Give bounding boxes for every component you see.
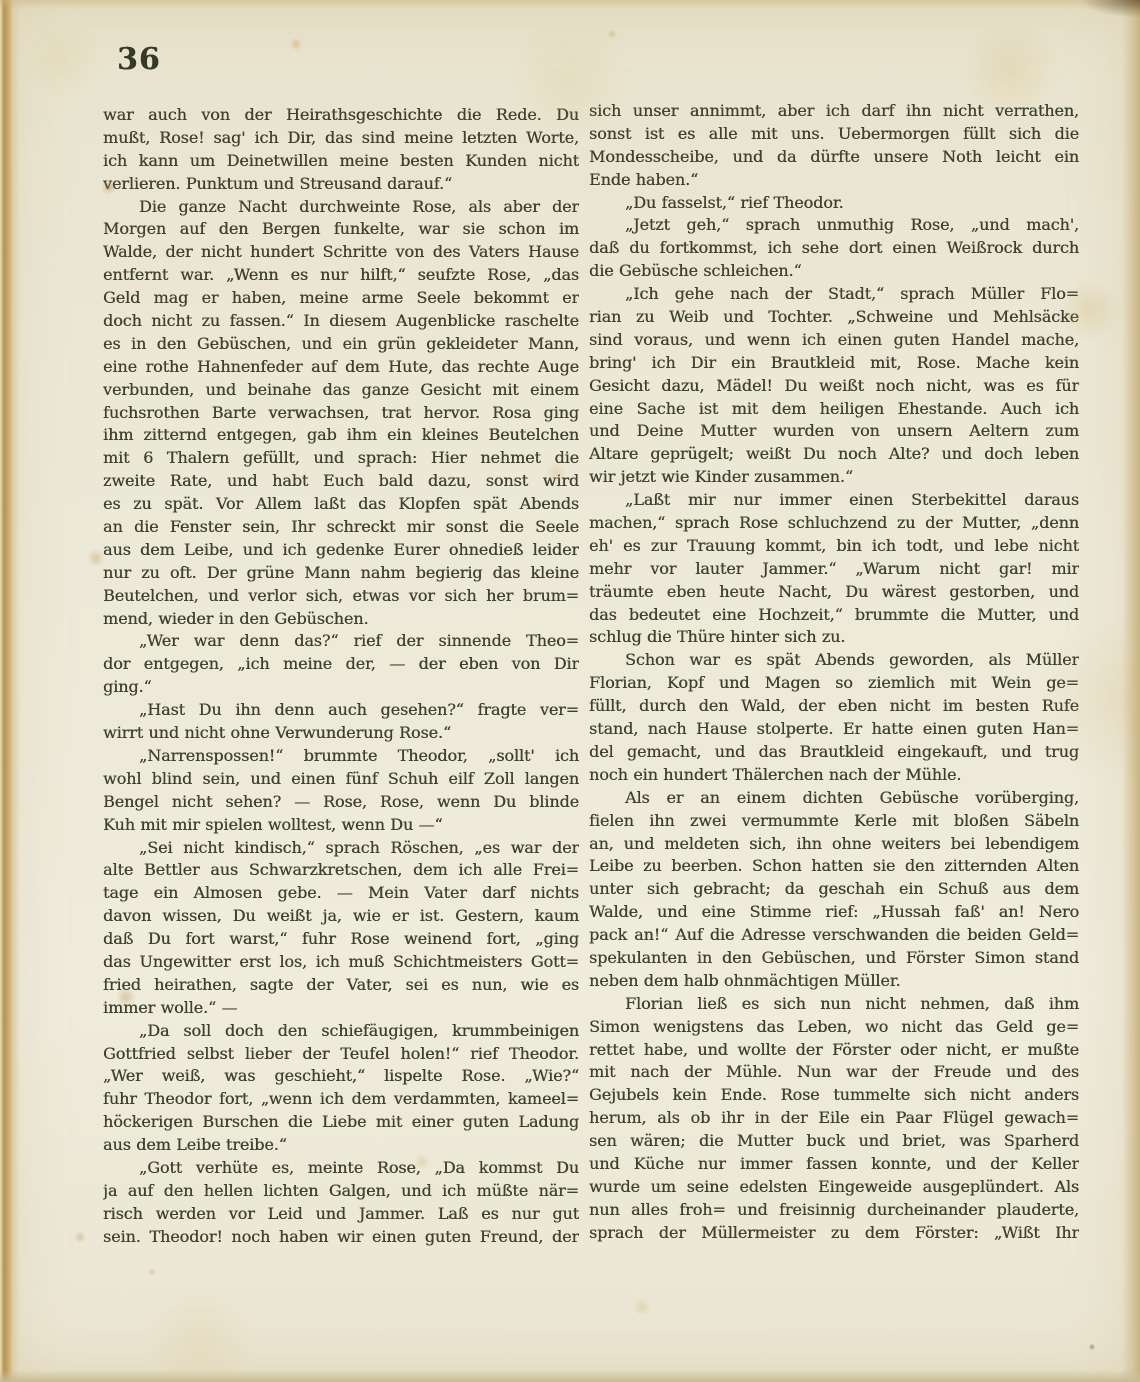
text-line: war auch von der Heirathsgeschichte die … bbox=[103, 104, 579, 127]
text-line: wirrt und nicht ohne Verwunderung Rose.“ bbox=[103, 722, 579, 745]
text-line: „Wer war denn das?“ rief der sinnende Th… bbox=[103, 630, 579, 653]
text-line: Bengel nicht sehen? — Rose, Rose, wenn D… bbox=[103, 791, 579, 814]
text-line: entfernt war. „Wenn es nur hilft,“ seufz… bbox=[103, 264, 579, 287]
text-line: sonst ist es alle mit uns. Uebermorgen f… bbox=[589, 123, 1079, 146]
text-line: füllt, durch den Wald, der eben nicht im… bbox=[589, 695, 1079, 718]
text-line: spekulanten in den Gebüschen, und Förste… bbox=[589, 947, 1079, 970]
book-page: 36 war auch von der Heirathsgeschichte d… bbox=[0, 0, 1140, 1382]
text-line: „Sei nicht kindisch,“ sprach Röschen, „e… bbox=[103, 837, 579, 860]
text-line: Beutelchen, und verlor sich, etwas vor s… bbox=[103, 585, 579, 608]
text-line: „Hast Du ihn denn auch gesehen?“ fragte … bbox=[103, 699, 579, 722]
text-line: risch werden vor Leid und Jammer. Laß es… bbox=[103, 1203, 579, 1226]
text-line: bring' ich Dir ein Brautkleid mit, Rose.… bbox=[589, 352, 1079, 375]
text-line: an die Fenster sein, Ihr schreckt mir so… bbox=[103, 516, 579, 539]
text-column-right: sich unser annimmt, aber ich darf ihn ni… bbox=[589, 100, 1079, 1245]
text-line: ich kann um Deinetwillen meine besten Ku… bbox=[103, 150, 579, 173]
text-line: mit 6 Thalern gefüllt, und sprach: Hier … bbox=[103, 447, 579, 470]
text-line: es zu spät. Vor Allem laßt das Klopfen s… bbox=[103, 493, 579, 516]
page-number: 36 bbox=[117, 42, 161, 77]
text-line: tage ein Almosen gebe. — Mein Vater darf… bbox=[103, 882, 579, 905]
text-line: aus dem Leibe, und ich gedenke Eurer ohn… bbox=[103, 539, 579, 562]
text-line: sind voraus, und wenn ich einen guten Ha… bbox=[589, 329, 1079, 352]
text-line: sen wären; die Mutter buck und briet, wa… bbox=[589, 1130, 1079, 1153]
text-column-left: war auch von der Heirathsgeschichte die … bbox=[103, 104, 579, 1249]
text-line: das bedeutet eine Hochzeit,“ brummte die… bbox=[589, 604, 1079, 627]
text-line: höckerigen Burschen die Liebe mit einer … bbox=[103, 1111, 579, 1134]
text-line: verbunden, und beinahe das ganze Gesicht… bbox=[103, 379, 579, 402]
text-line: nun alles froh= und freisinnig durcheina… bbox=[589, 1199, 1079, 1222]
page-corner-shadow bbox=[1080, 0, 1140, 18]
text-line: wir jetzt wie Kinder zusammen.“ bbox=[589, 466, 1079, 489]
text-line: fuchsrothen Barte verwachsen, trat hervo… bbox=[103, 402, 579, 425]
text-line: Walde, und eine Stimme rief: „Hussah faß… bbox=[589, 901, 1079, 924]
text-line: machen,“ sprach Rose schluchzend zu der … bbox=[589, 512, 1079, 535]
text-line: immer wolle.“ — bbox=[103, 997, 579, 1020]
text-line: stand, nach Hause stolperte. Er hatte ei… bbox=[589, 718, 1079, 741]
text-line: Leibe zu beerben. Schon hatten sie den z… bbox=[589, 855, 1079, 878]
text-line: dor entgegen, „ich meine der, — der eben… bbox=[103, 653, 579, 676]
text-line: „Wer weiß, was geschieht,“ lispelte Rose… bbox=[103, 1065, 579, 1088]
text-line: pack an!“ Auf die Adresse verschwanden d… bbox=[589, 924, 1079, 947]
text-line: mehr vor lauter Jammer.“ „Warum nicht ga… bbox=[589, 558, 1079, 581]
text-line: das Ungewitter erst los, ich muß Schicht… bbox=[103, 951, 579, 974]
text-line: Geld mag er haben, meine arme Seele beko… bbox=[103, 287, 579, 310]
text-line: Die ganze Nacht durchweinte Rose, als ab… bbox=[103, 196, 579, 219]
text-line: „Jetzt geh,“ sprach unmuthig Rose, „und … bbox=[589, 214, 1079, 237]
text-line: daß Du fort warst,“ fuhr Rose weinend fo… bbox=[103, 928, 579, 951]
text-line: del gemacht, und das Brautkleid eingekau… bbox=[589, 741, 1079, 764]
page-edge-top bbox=[0, 0, 1140, 9]
text-line: die Gebüsche schleichen.“ bbox=[589, 260, 1079, 283]
text-line: ging.“ bbox=[103, 676, 579, 699]
text-line: nur zu oft. Der grüne Mann nahm begierig… bbox=[103, 562, 579, 585]
text-line: noch ein hundert Thälerchen nach der Müh… bbox=[589, 764, 1079, 787]
text-line: ihm zitternd entgegen, gab ihm ein klein… bbox=[103, 424, 579, 447]
text-line: Florian, Kopf und Magen so ziemlich mit … bbox=[589, 672, 1079, 695]
text-line: fried heirathen, sagte der Vater, sei es… bbox=[103, 974, 579, 997]
page-edge-left bbox=[0, 0, 20, 1382]
text-line: eine Sache ist mit dem heiligen Ehestand… bbox=[589, 398, 1079, 421]
text-line: wurde um seine edelsten Eingeweide ausge… bbox=[589, 1176, 1079, 1199]
text-line: „Du fasselst,“ rief Theodor. bbox=[589, 192, 1079, 215]
text-line: fielen ihn zwei vermummte Kerle mit bloß… bbox=[589, 810, 1079, 833]
text-line: Florian ließ es sich nun nicht nehmen, d… bbox=[589, 993, 1079, 1016]
text-line: aus dem Leibe treibe.“ bbox=[103, 1134, 579, 1157]
text-line: und Deine Mutter wurden von unsern Aelte… bbox=[589, 420, 1079, 443]
text-line: „Ich gehe nach der Stadt,“ sprach Müller… bbox=[589, 283, 1079, 306]
text-line: alte Bettler aus Schwarzkretschen, dem i… bbox=[103, 859, 579, 882]
page-edge-right bbox=[1122, 0, 1140, 1382]
text-line: mend, wieder in den Gebüschen. bbox=[103, 608, 579, 631]
text-line: „Da soll doch den schiefäugigen, krummbe… bbox=[103, 1020, 579, 1043]
text-line: eine rothe Hahnenfeder auf dem Hute, das… bbox=[103, 356, 579, 379]
text-line: Schon war es spät Abends geworden, als M… bbox=[589, 649, 1079, 672]
text-line: daß du fortkommst, ich sehe dort einen W… bbox=[589, 237, 1079, 260]
text-line: herum, als ob ihr in der Eile ein Paar F… bbox=[589, 1107, 1079, 1130]
text-line: rian zu Weib und Tochter. „Schweine und … bbox=[589, 306, 1079, 329]
text-line: rettet habe, und wollte der Förster oder… bbox=[589, 1039, 1079, 1062]
text-line: Gottfried selbst lieber der Teufel holen… bbox=[103, 1043, 579, 1066]
text-line: eh' es zur Trauung kommt, bin ich todt, … bbox=[589, 535, 1079, 558]
text-line: schlug die Thüre hinter sich zu. bbox=[589, 626, 1079, 649]
text-line: es in den Gebüschen, und ein grün geklei… bbox=[103, 333, 579, 356]
text-line: Walde, der nicht hundert Schritte von de… bbox=[103, 241, 579, 264]
text-line: Gesicht dazu, Mädel! Du weißt noch nicht… bbox=[589, 375, 1079, 398]
text-line: an, und meldeten sich, ihn ohne weiters … bbox=[589, 833, 1079, 856]
text-line: Altare geprügelt; weißt Du noch Alte? un… bbox=[589, 443, 1079, 466]
text-line: „Narrenspossen!“ brummte Theodor, „sollt… bbox=[103, 745, 579, 768]
text-line: Kuh mit mir spielen wolltest, wenn Du —“ bbox=[103, 814, 579, 837]
text-line: Als er an einem dichten Gebüsche vorüber… bbox=[589, 787, 1079, 810]
text-line: verlieren. Punktum und Streusand darauf.… bbox=[103, 173, 579, 196]
text-line: ja auf den hellen lichten Galgen, und ic… bbox=[103, 1180, 579, 1203]
text-line: „Laßt mir nur immer einen Sterbekittel d… bbox=[589, 489, 1079, 512]
text-line: sich unser annimmt, aber ich darf ihn ni… bbox=[589, 100, 1079, 123]
text-line: neben dem halb ohnmächtigen Müller. bbox=[589, 970, 1079, 993]
text-line: sein. Theodor! noch haben wir einen gute… bbox=[103, 1226, 579, 1249]
text-line: Mondesscheibe, und da dürfte unsere Noth… bbox=[589, 146, 1079, 169]
page-edge-bottom bbox=[0, 1370, 1140, 1382]
text-line: mußt, Rose! sag' ich Dir, das sind meine… bbox=[103, 127, 579, 150]
text-line: sprach der Müllermeister zu dem Förster:… bbox=[589, 1222, 1079, 1245]
text-line: Ende haben.“ bbox=[589, 169, 1079, 192]
text-line: Simon wenigstens das Leben, wo nicht das… bbox=[589, 1016, 1079, 1039]
text-line: fuhr Theodor fort, „wenn ich dem verdamm… bbox=[103, 1088, 579, 1111]
text-line: mit nach der Mühle. Nun war der Freude u… bbox=[589, 1061, 1079, 1084]
text-line: zweite Rate, und habt Euch bald dazu, so… bbox=[103, 470, 579, 493]
text-line: träumte eben heute Nacht, Du wärest gest… bbox=[589, 581, 1079, 604]
text-line: Gejubels kein Ende. Rose tummelte sich n… bbox=[589, 1084, 1079, 1107]
text-line: doch nicht zu fassen.“ In diesem Augenbl… bbox=[103, 310, 579, 333]
text-line: „Gott verhüte es, meinte Rose, „Da komms… bbox=[103, 1157, 579, 1180]
text-line: wohl blind sein, und einen fünf Schuh ei… bbox=[103, 768, 579, 791]
text-line: unter sich gebracht; da geschah ein Schu… bbox=[589, 878, 1079, 901]
text-line: und Küche nur immer fassen konnte, und d… bbox=[589, 1153, 1079, 1176]
text-line: Morgen auf den Bergen funkelte, war sie … bbox=[103, 218, 579, 241]
text-line: davon wissen, Du weißt ja, wie er ist. G… bbox=[103, 905, 579, 928]
